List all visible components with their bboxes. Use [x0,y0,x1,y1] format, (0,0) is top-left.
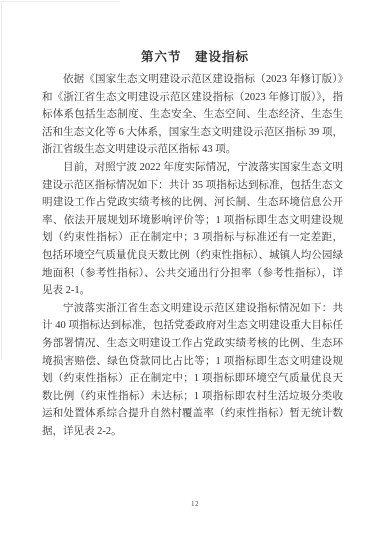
paragraph-indicator-systems: 依据《国家生态文明建设示范区建设指标（2023 年修订版）》和《浙江省生态文明建… [42,71,343,159]
scan-edge-artifact [0,1,120,2]
paragraph-national-indicators: 目前，对照宁波 2022 年度实际情况，宁波落实国家生态文明建设示范区指标情况如… [42,159,343,300]
document-body: 依据《国家生态文明建设示范区建设指标（2023 年修订版）》和《浙江省生态文明建… [42,71,343,440]
document-page: 第六节 建设指标 依据《国家生态文明建设示范区建设指标（2023 年修订版）》和… [0,0,390,551]
paragraph-provincial-indicators: 宁波落实浙江省生态文明建设示范区建设指标情况如下：共计 40 项指标达到标准，包… [42,300,343,441]
page-number: 12 [0,500,390,508]
section-title: 第六节 建设指标 [0,47,390,65]
